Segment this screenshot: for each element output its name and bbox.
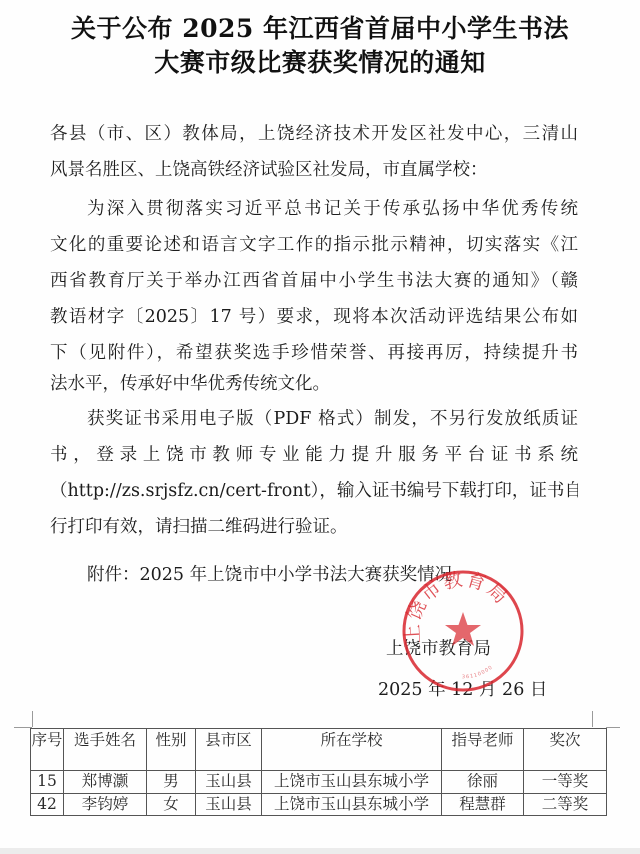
crop-mark-right-horizontal [606,727,620,728]
cell-award-level: 一等奖 [524,771,607,794]
paragraph2-line-1: 获奖证书采用电子版（PDF 格式）制发，不另行发放纸质证 [87,405,578,433]
header-instructor: 指导老师 [442,729,524,771]
crop-mark-left-vertical [32,711,33,727]
paragraph2-line-3-url: （http://zs.srjsfz.cn/cert-front），输入证书编号下… [50,477,578,505]
header-school: 所在学校 [262,729,442,771]
table-header-row: 序号 选手姓名 性别 县市区 所在学校 指导老师 奖次 [31,729,607,771]
header-award-level: 奖次 [524,729,607,771]
cell-gender: 女 [147,793,196,816]
cell-county: 玉山县 [196,771,262,794]
cell-contestant-name: 郑博灏 [64,771,147,794]
cell-contestant-name: 李钧婷 [64,793,147,816]
cell-instructor: 程慧群 [442,793,524,816]
header-county: 县市区 [196,729,262,771]
addressee-line-2: 风景名胜区、上饶高铁经济试验区社发局，市直属学校： [50,156,578,184]
header-contestant-name: 选手姓名 [64,729,147,771]
notice-title-line-1: 关于公布 2025 年江西省首届中小学生书法 [0,13,640,45]
paragraph1-line-4: 教语材字〔2025〕17 号）要求，现将本次活动评选结果公布如 [50,303,578,331]
header-gender: 性别 [147,729,196,771]
cell-school: 上饶市玉山县东城小学 [262,771,442,794]
paragraph2-line-4: 行打印有效，请扫描二维码进行验证。 [50,513,578,541]
table-row: 42 李钧婷 女 玉山县 上饶市玉山县东城小学 程慧群 二等奖 [31,793,607,816]
cell-school: 上饶市玉山县东城小学 [262,793,442,816]
paragraph1-line-1: 为深入贯彻落实习近平总书记关于传承弘扬中华优秀传统 [87,195,578,223]
cell-gender: 男 [147,771,196,794]
paragraph1-line-6: 法水平，传承好中华优秀传统文化。 [50,370,578,398]
signature-date: 2025 年 12 月 26 日 [378,676,547,704]
document-page: 关于公布 2025 年江西省首届中小学生书法 大赛市级比赛获奖情况的通知 各县（… [0,0,640,848]
awards-table: 序号 选手姓名 性别 县市区 所在学校 指导老师 奖次 15 郑博灏 男 玉山县… [30,728,607,816]
header-serial-number: 序号 [31,729,64,771]
cell-instructor: 徐丽 [442,771,524,794]
paragraph1-line-2: 文化的重要论述和语言文字工作的指示批示精神，切实落实《江 [50,231,578,259]
paragraph1-line-3: 西省教育厅关于举办江西省首届中小学生书法大赛的通知》（赣 [50,267,578,295]
signature-organization: 上饶市教育局 [386,635,491,663]
notice-title-line-2: 大赛市级比赛获奖情况的通知 [0,47,640,79]
addressee-line-1: 各县（市、区）教体局，上饶经济技术开发区社发中心，三清山 [50,120,578,148]
cell-serial-number: 15 [31,771,64,794]
page-bottom-edge [0,848,640,854]
paragraph2-line-2: 书，登录上饶市教师专业能力提升服务平台证书系统 [50,441,578,469]
table-row: 15 郑博灏 男 玉山县 上饶市玉山县东城小学 徐丽 一等奖 [31,771,607,794]
cell-award-level: 二等奖 [524,793,607,816]
attachment-note: 附件：2025 年上饶市中小学书法大赛获奖情况 [87,561,452,589]
cell-serial-number: 42 [31,793,64,816]
paragraph1-line-5: 下（见附件），希望获奖选手珍惜荣誉、再接再厉，持续提升书 [50,339,578,367]
cell-county: 玉山县 [196,793,262,816]
crop-mark-right-vertical [592,711,593,727]
